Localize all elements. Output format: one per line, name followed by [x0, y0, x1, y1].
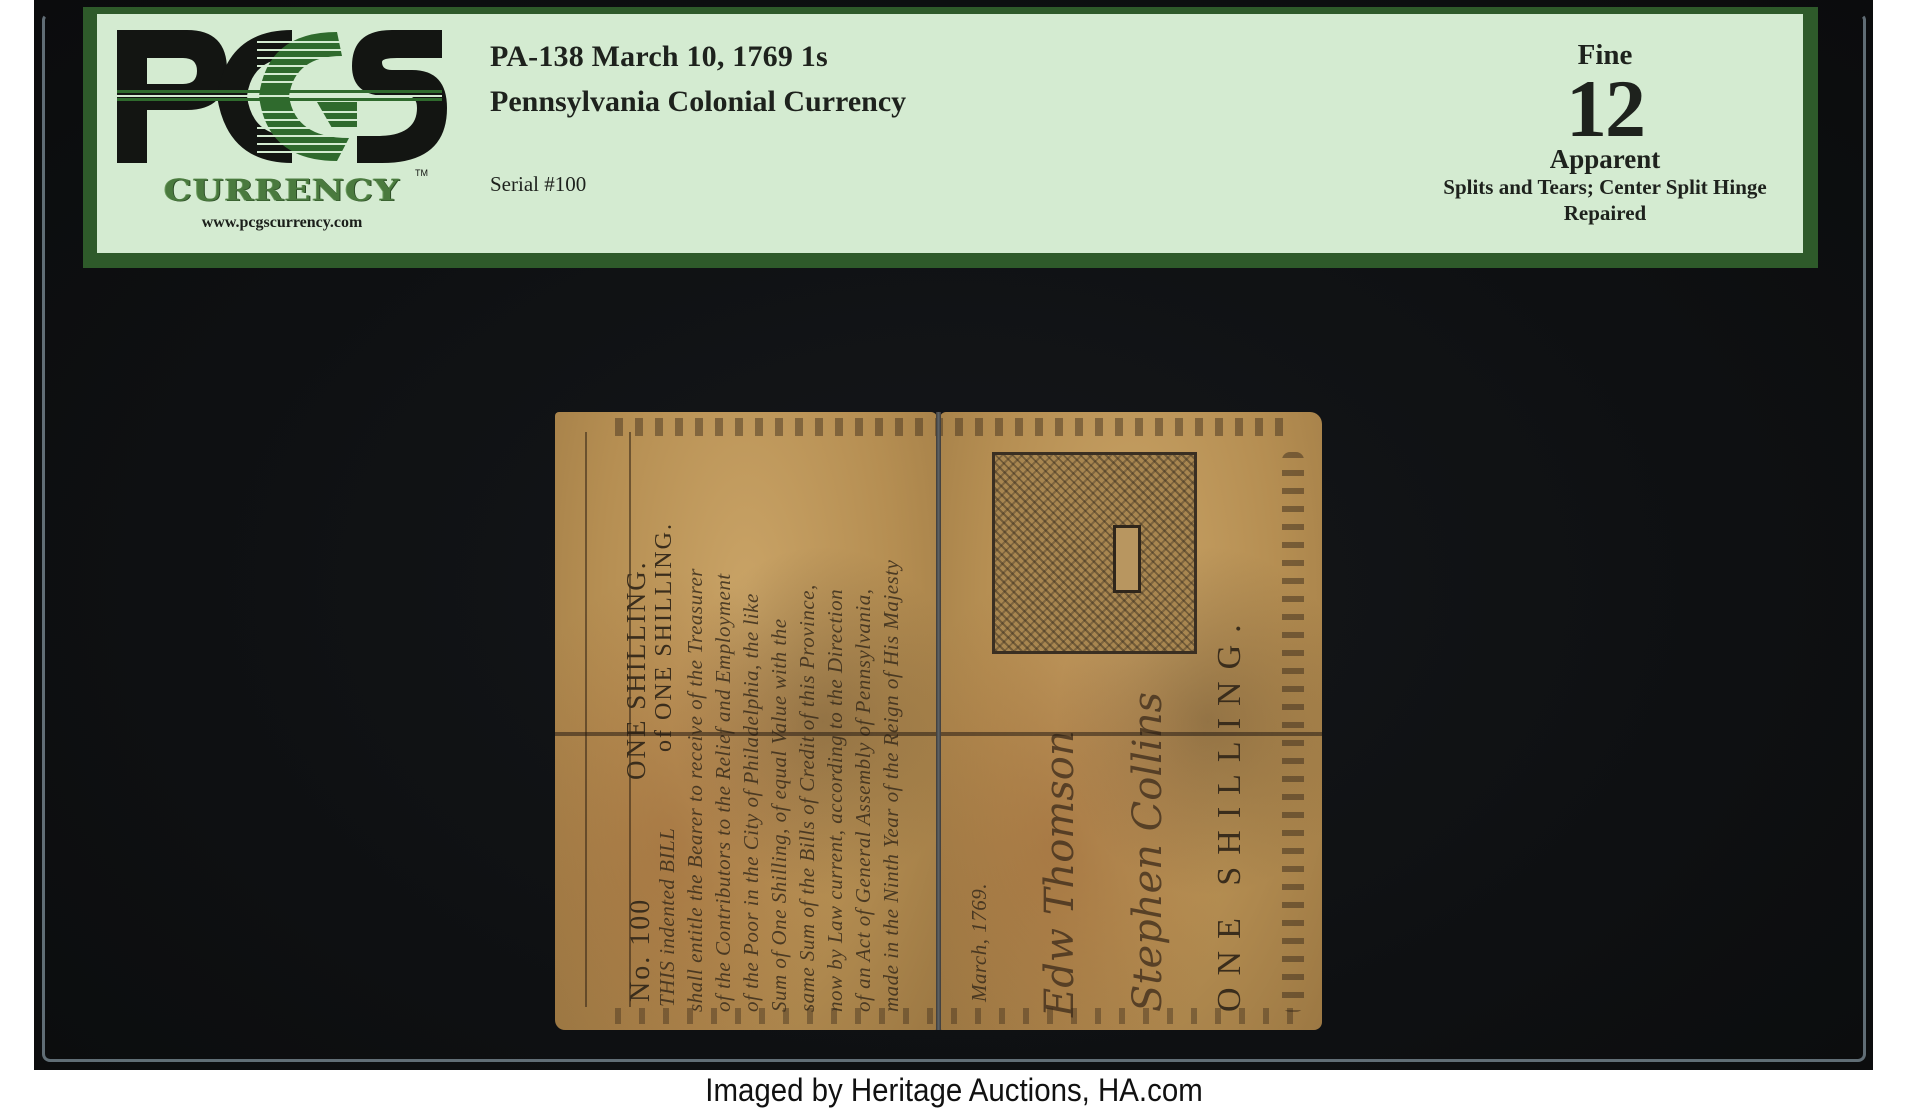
note-center-split: [936, 412, 941, 1030]
note-text-line: of an Act of General Assembly of Pennsyl…: [851, 589, 876, 1013]
pcgs-url: www.pcgscurrency.com: [117, 214, 447, 232]
label-title-block: PA-138 March 10, 1769 1s Pennsylvania Co…: [490, 38, 906, 197]
note-number: No. 100: [625, 898, 657, 1002]
note-date-line: March, 1769.: [967, 883, 992, 1002]
note-signature-2: Stephen Collins: [1125, 692, 1171, 1012]
serial-number: Serial #100: [490, 171, 906, 197]
grade-number: 12: [1405, 74, 1805, 144]
note-shilling-subheader: of ONE SHILLING.: [651, 522, 678, 752]
note-top-ornament: [615, 418, 1295, 436]
note-text-line: shall entitle the Bearer to receive of t…: [683, 568, 708, 1012]
pcgs-currency-logo: TM CURRENCY www.pcgscurrency.com: [117, 28, 447, 238]
grade-comment: Splits and Tears; Center Split Hinge: [1405, 174, 1805, 200]
note-text-line: of the Poor in the City of Philadelphia,…: [739, 593, 764, 1012]
logo-currency-wordmark: CURRENCY: [119, 177, 445, 206]
catalog-subtitle: Pennsylvania Colonial Currency: [490, 83, 906, 121]
note-text-line: THIS indented BILL: [655, 828, 680, 1007]
note-text-line: now by Law current, according to the Dir…: [823, 589, 848, 1012]
vignette-numeral-one: [1113, 525, 1141, 593]
note-shilling-header: ONE SHILLING.: [621, 561, 652, 780]
grade-qualifier: Apparent: [1405, 144, 1805, 174]
note-text-line: of the Contributors to the Relief and Em…: [711, 573, 736, 1012]
image-credit-caption: Imaged by Heritage Auctions, HA.com: [76, 1072, 1831, 1108]
note-text-line: made in the Ninth Year of the Reign of H…: [879, 560, 904, 1012]
note-signature-1: Edw Thomson: [1037, 730, 1083, 1017]
note-text-line: same Sum of the Bills of Credit of this …: [795, 584, 820, 1012]
grade-block: Fine 12 Apparent Splits and Tears; Cente…: [1405, 38, 1805, 226]
catalog-title: PA-138 March 10, 1769 1s: [490, 38, 906, 76]
note-denomination: ONE SHILLING.: [1211, 612, 1249, 1012]
colonial-banknote: ONE SHILLING. of ONE SHILLING. No. 100 T…: [555, 412, 1322, 1030]
grade-comment-repaired: Repaired: [1405, 200, 1805, 226]
note-vignette: [992, 452, 1197, 654]
pcgs-logo-icon: TM: [117, 28, 447, 178]
note-text-line: Sum of One Shilling, of equal Value with…: [767, 618, 792, 1012]
